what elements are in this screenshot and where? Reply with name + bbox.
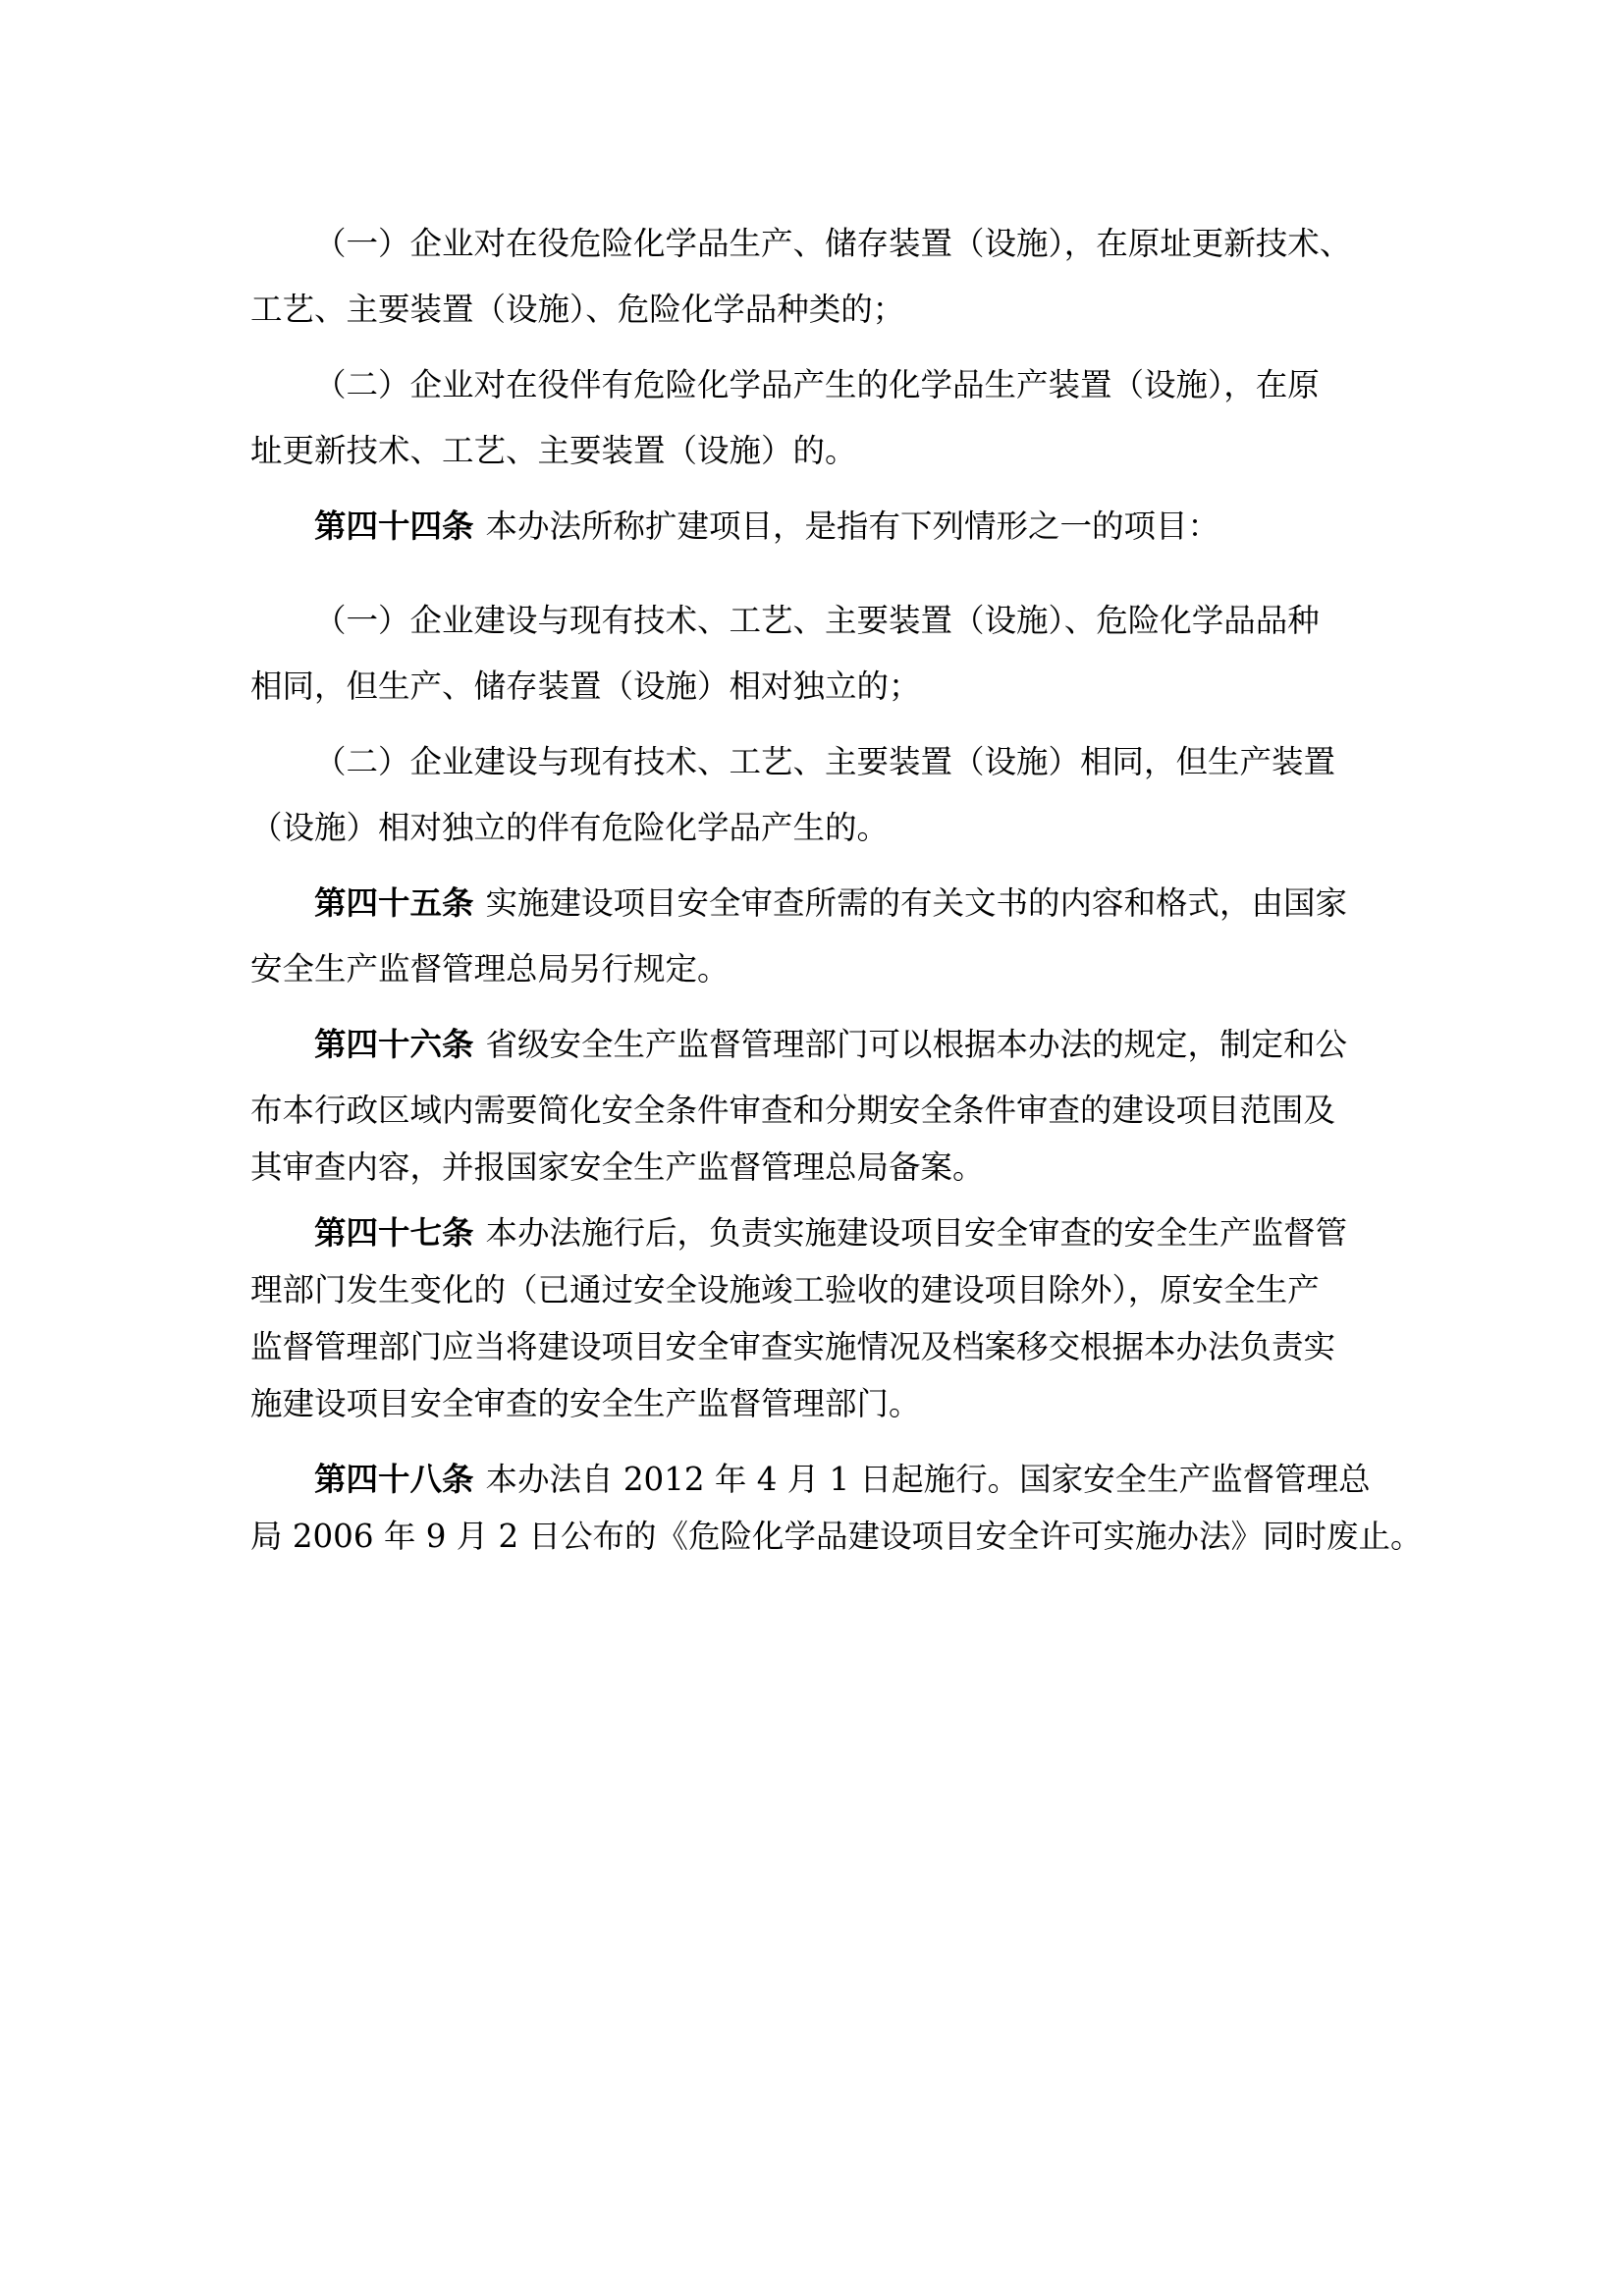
text-line: （二）企业对在役伴有危险化学品产生的化学品生产装置（设施），在原 (314, 363, 1443, 406)
article-number: 第四十四条 (314, 507, 474, 545)
article-text: 本办法所称扩建项目，是指有下列情形之一的项目： (486, 507, 1220, 545)
text-line: 工艺、主要装置（设施）、危险化学品种类的； (250, 288, 1380, 331)
text-line: （二）企业建设与现有技术、工艺、主要装置（设施）相同，但生产装置 (314, 740, 1443, 783)
article-number: 第四十六条 (314, 1026, 474, 1063)
document-page: （一）企业对在役危险化学品生产、储存装置（设施），在原址更新技术、 工艺、主要装… (0, 0, 1624, 2296)
text-line: 其审查内容，并报国家安全生产监督管理总局备案。 (250, 1146, 1380, 1189)
text-line: 施建设项目安全审查的安全生产监督管理部门。 (250, 1382, 1380, 1425)
text-line: 第四十六条省级安全生产监督管理部门可以根据本办法的规定，制定和公 (314, 1023, 1443, 1066)
text-line: 监督管理部门应当将建设项目安全审查实施情况及档案移交根据本办法负责实 (250, 1325, 1380, 1368)
text-line: 第四十八条本办法自 2012 年 4 月 1 日起施行。国家安全生产监督管理总 (314, 1458, 1443, 1501)
text-line: 第四十四条本办法所称扩建项目，是指有下列情形之一的项目： (314, 505, 1443, 548)
text-line: 相同，但生产、储存装置（设施）相对独立的； (250, 665, 1380, 708)
text-line: 理部门发生变化的（已通过安全设施竣工验收的建设项目除外），原安全生产 (250, 1268, 1380, 1311)
text-line: （一）企业对在役危险化学品生产、储存装置（设施），在原址更新技术、 (314, 222, 1443, 265)
text-line: （设施）相对独立的伴有危险化学品产生的。 (250, 806, 1380, 849)
text-line: 第四十七条本办法施行后，负责实施建设项目安全审查的安全生产监督管 (314, 1211, 1443, 1255)
text-line: 第四十五条实施建设项目安全审查所需的有关文书的内容和格式，由国家 (314, 881, 1443, 925)
text-line: （一）企业建设与现有技术、工艺、主要装置（设施）、危险化学品品种 (314, 599, 1443, 642)
article-text: 本办法自 2012 年 4 月 1 日起施行。国家安全生产监督管理总 (486, 1461, 1371, 1498)
article-number: 第四十七条 (314, 1214, 474, 1252)
text-line: 局 2006 年 9 月 2 日公布的《危险化学品建设项目安全许可实施办法》同时… (250, 1515, 1380, 1558)
article-text: 省级安全生产监督管理部门可以根据本办法的规定，制定和公 (486, 1026, 1348, 1063)
article-number: 第四十五条 (314, 884, 474, 922)
article-text: 实施建设项目安全审查所需的有关文书的内容和格式，由国家 (486, 884, 1348, 922)
article-number: 第四十八条 (314, 1461, 474, 1498)
text-line: 安全生产监督管理总局另行规定。 (250, 947, 1380, 990)
article-text: 本办法施行后，负责实施建设项目安全审查的安全生产监督管 (486, 1214, 1348, 1252)
text-line: 布本行政区域内需要简化安全条件审查和分期安全条件审查的建设项目范围及 (250, 1089, 1380, 1132)
text-line: 址更新技术、工艺、主要装置（设施）的。 (250, 429, 1380, 472)
